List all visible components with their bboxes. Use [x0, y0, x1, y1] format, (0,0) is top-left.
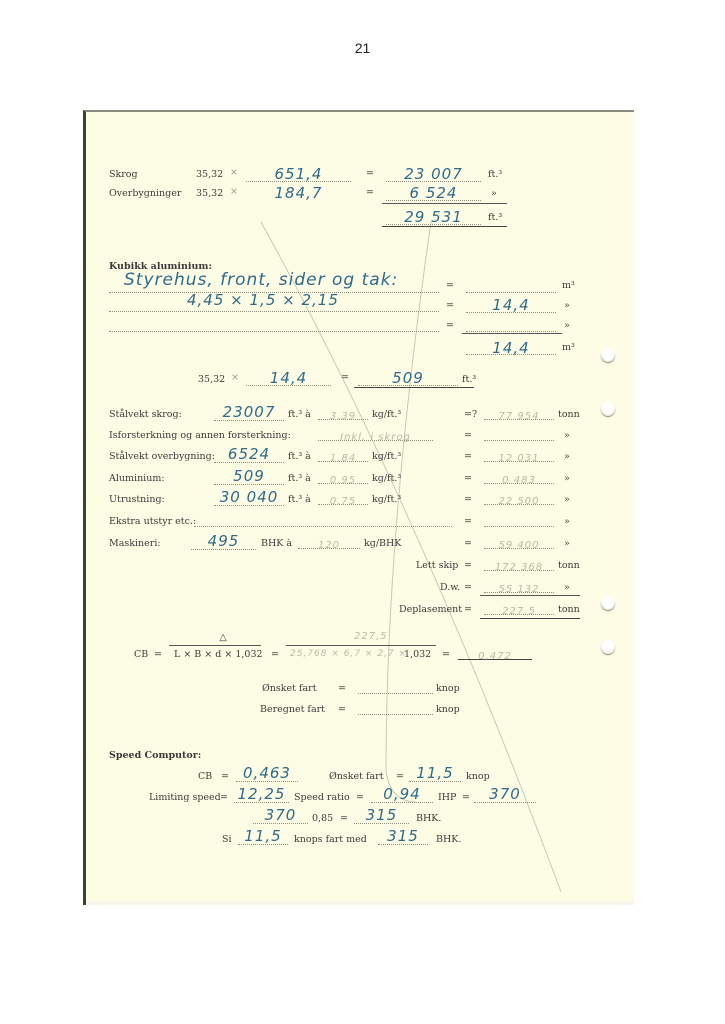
row-label: Stålvekt skrog: — [109, 409, 182, 420]
unit: knop — [436, 683, 460, 694]
equals-sign: = — [338, 683, 346, 694]
punch-hole — [601, 640, 615, 654]
cb-denominator-value: 25,768 × 6,7 × 2,7 × — [290, 649, 407, 659]
cb-label: CB — [134, 649, 148, 660]
row-label: Stålvekt overbygning: — [109, 451, 215, 462]
page-number: 21 — [0, 40, 725, 56]
row-label: Isforsterkning og annen forsterkning: — [109, 430, 291, 441]
factor: 0,85 — [312, 813, 333, 824]
sum-divider — [382, 203, 507, 204]
ihp-repeat-field[interactable]: 370 — [253, 805, 308, 824]
cb-value-field[interactable]: 0,463 — [236, 763, 298, 782]
volume-value-field[interactable]: 651,4 — [246, 164, 351, 182]
pencil-strike-lines — [86, 112, 637, 907]
equals-sign: = — [366, 168, 374, 179]
rate-unit: kg/ft.³ — [372, 409, 401, 420]
cb-label: CB — [198, 771, 212, 782]
row-label: Maskineri: — [109, 538, 161, 549]
constant: 1,032 — [404, 649, 431, 660]
volume-total-field[interactable]: 29 531 — [386, 207, 481, 225]
row-label: Deplasement — [399, 604, 462, 615]
equals-sign: = — [446, 280, 454, 291]
unit: knop — [466, 771, 490, 782]
rate-unit: kg/ft.³ — [372, 451, 401, 462]
conv-underline — [354, 387, 474, 388]
amount-field[interactable]: 509 — [214, 466, 284, 485]
rate-field[interactable]: 0,75 — [318, 489, 368, 505]
amount-field[interactable]: 23007 — [214, 402, 284, 421]
volume-result-field[interactable]: 6 524 — [386, 183, 481, 201]
row-label: IHP — [438, 792, 456, 803]
equals-sign: = — [154, 649, 162, 660]
equals-sign: =? — [464, 409, 477, 420]
amount-unit: ft.³ à — [288, 409, 311, 420]
amount-unit: ft.³ à — [288, 451, 311, 462]
aluminium-result-field[interactable]: 14,4 — [466, 295, 556, 313]
lett-skip-field[interactable]: 172 368 — [484, 555, 554, 571]
equals-sign: = — [271, 649, 279, 660]
limiting-speed-field[interactable]: 12,25 — [234, 784, 289, 803]
speed-ratio-field[interactable]: 0,94 — [371, 784, 433, 803]
row-label: knops fart med — [294, 834, 367, 845]
equals-sign: = — [356, 792, 364, 803]
si-power-field[interactable]: 315 — [378, 826, 428, 845]
result-field[interactable] — [484, 425, 554, 441]
volume-value-field[interactable]: 184,7 — [246, 183, 351, 200]
rate-unit: kg/BHK — [364, 538, 401, 549]
aluminium-result-field[interactable] — [466, 315, 556, 332]
aluminium-line-2[interactable]: 4,45 × 1,5 × 2,15 — [109, 294, 439, 312]
total-underline — [382, 226, 507, 227]
row-label: Ønsket fart — [329, 771, 384, 782]
si-speed-field[interactable]: 11,5 — [238, 826, 288, 845]
unit: » — [564, 494, 570, 505]
equals-sign: = — [464, 560, 472, 571]
equals-sign: = — [220, 792, 228, 803]
equals-sign: = — [464, 516, 472, 527]
equals-sign: = — [341, 372, 349, 383]
unit: BHK. — [436, 834, 461, 845]
unit: ft.³ — [462, 374, 476, 385]
row-label: Ønsket fart — [262, 683, 317, 694]
beregnet-fart-field[interactable] — [358, 700, 433, 715]
punch-hole — [601, 402, 615, 416]
equals-sign: = — [464, 473, 472, 484]
aluminium-conv-result-field[interactable]: 509 — [358, 368, 458, 386]
fraction-line — [169, 645, 261, 646]
row-label: Overbygninger — [109, 188, 181, 199]
sum-divider — [462, 333, 562, 334]
equals-sign: = — [464, 430, 472, 441]
cb-denominator: L × B × d × 1,032 — [174, 649, 263, 660]
speed-computor-heading: Speed Computor: — [109, 750, 201, 761]
equals-sign: = — [464, 538, 472, 549]
result-field[interactable]: 77 954 — [484, 404, 554, 420]
unit: » — [564, 516, 570, 527]
bhk-result-field[interactable]: 315 — [354, 805, 409, 824]
fraction-line — [286, 645, 436, 646]
result-field[interactable]: 22 500 — [484, 489, 554, 505]
row-label: Beregnet fart — [260, 704, 325, 715]
row-label: Aluminium: — [109, 473, 165, 484]
row-label: Lett skip — [416, 560, 458, 571]
onsket-fart-field[interactable] — [358, 679, 433, 694]
unit: knop — [436, 704, 460, 715]
unit: » — [564, 582, 570, 593]
amount-unit: ft.³ à — [288, 494, 311, 505]
factor: 35,32 — [198, 374, 225, 385]
times-sign: × — [230, 186, 238, 197]
cb-numerator-value: 227,5 — [354, 631, 388, 642]
unit: » — [564, 451, 570, 462]
aluminium-sum-field[interactable]: 14,4 — [466, 338, 556, 355]
equals-sign: = — [464, 604, 472, 615]
unit: » — [491, 188, 497, 199]
row-label: Si — [222, 834, 232, 845]
unit: tonn — [558, 604, 580, 615]
unit: BHK. — [416, 813, 441, 824]
equals-sign: = — [464, 582, 472, 593]
factor: 35,32 — [196, 188, 223, 199]
result-field[interactable]: 59 400 — [484, 533, 554, 549]
unit: » — [564, 430, 570, 441]
unit: tonn — [558, 560, 580, 571]
row-label: Utrustning: — [109, 494, 165, 505]
equals-sign: = — [396, 771, 404, 782]
unit: » — [564, 320, 570, 331]
result-field[interactable] — [484, 511, 554, 527]
row-label: Limiting speed — [149, 792, 221, 803]
amount-unit: ft.³ à — [288, 473, 311, 484]
unit: m³ — [562, 280, 575, 291]
cb-result-field[interactable]: 0,472 — [458, 644, 532, 660]
unit: tonn — [558, 409, 580, 420]
ihp-field[interactable]: 370 — [474, 784, 536, 803]
unit: » — [564, 300, 570, 311]
equals-sign: = — [462, 792, 470, 803]
extra-equipment-field[interactable] — [194, 511, 452, 527]
equals-sign: = — [464, 451, 472, 462]
equals-sign: = — [340, 813, 348, 824]
aluminium-result-field[interactable] — [466, 276, 556, 293]
aluminium-line-3[interactable] — [109, 315, 439, 332]
row-label: D.w. — [440, 582, 460, 593]
times-sign: × — [230, 167, 238, 178]
equals-sign: = — [464, 494, 472, 505]
row-label: Ekstra utstyr etc.: — [109, 516, 196, 527]
amount-field[interactable]: 495 — [191, 531, 256, 550]
amount-field[interactable]: 30 040 — [214, 487, 284, 506]
rate-field[interactable]: 120 — [298, 533, 360, 549]
equals-sign: = — [366, 187, 374, 198]
unit: » — [564, 538, 570, 549]
rate-field[interactable]: Inkl. i skrog — [318, 425, 433, 441]
times-sign: × — [231, 372, 239, 383]
row-label: Speed ratio — [294, 792, 350, 803]
sum-divider — [480, 595, 580, 596]
rate-field[interactable]: 0,95 — [318, 468, 368, 484]
equals-sign: = — [446, 320, 454, 331]
delta-symbol: △ — [213, 632, 233, 643]
amount-unit: BHK à — [261, 538, 292, 549]
rate-field[interactable]: 1,84 — [318, 446, 368, 462]
onsket-fart-value-field[interactable]: 11,5 — [409, 763, 461, 782]
unit: » — [564, 473, 570, 484]
unit: ft.³ — [488, 212, 502, 223]
volume-result-field[interactable]: 23 007 — [386, 164, 481, 182]
equals-sign: = — [221, 771, 229, 782]
equals-sign: = — [442, 649, 450, 660]
row-label: Skrog — [109, 169, 138, 180]
rate-field[interactable]: 3,39 — [318, 404, 368, 420]
punch-hole — [601, 596, 615, 610]
unit: m³ — [562, 342, 575, 353]
rate-unit: kg/ft.³ — [372, 494, 401, 505]
punch-hole — [601, 348, 615, 362]
equals-sign: = — [446, 300, 454, 311]
equals-sign: = — [338, 704, 346, 715]
rate-unit: kg/ft.³ — [372, 473, 401, 484]
result-field[interactable]: 0 483 — [484, 468, 554, 484]
unit: ft.³ — [488, 169, 502, 180]
result-field[interactable]: 12 031 — [484, 446, 554, 462]
form-sheet: Skrog 35,32 × 651,4 = 23 007 ft.³ Overby… — [83, 110, 634, 905]
deplasement-underline — [480, 618, 580, 619]
deplasement-field[interactable]: 227,5 — [484, 599, 554, 615]
dw-field[interactable]: 55 132 — [484, 577, 554, 593]
factor: 35,32 — [196, 169, 223, 180]
aluminium-conv-value-field[interactable]: 14,4 — [246, 368, 331, 386]
amount-field[interactable]: 6524 — [214, 444, 284, 463]
